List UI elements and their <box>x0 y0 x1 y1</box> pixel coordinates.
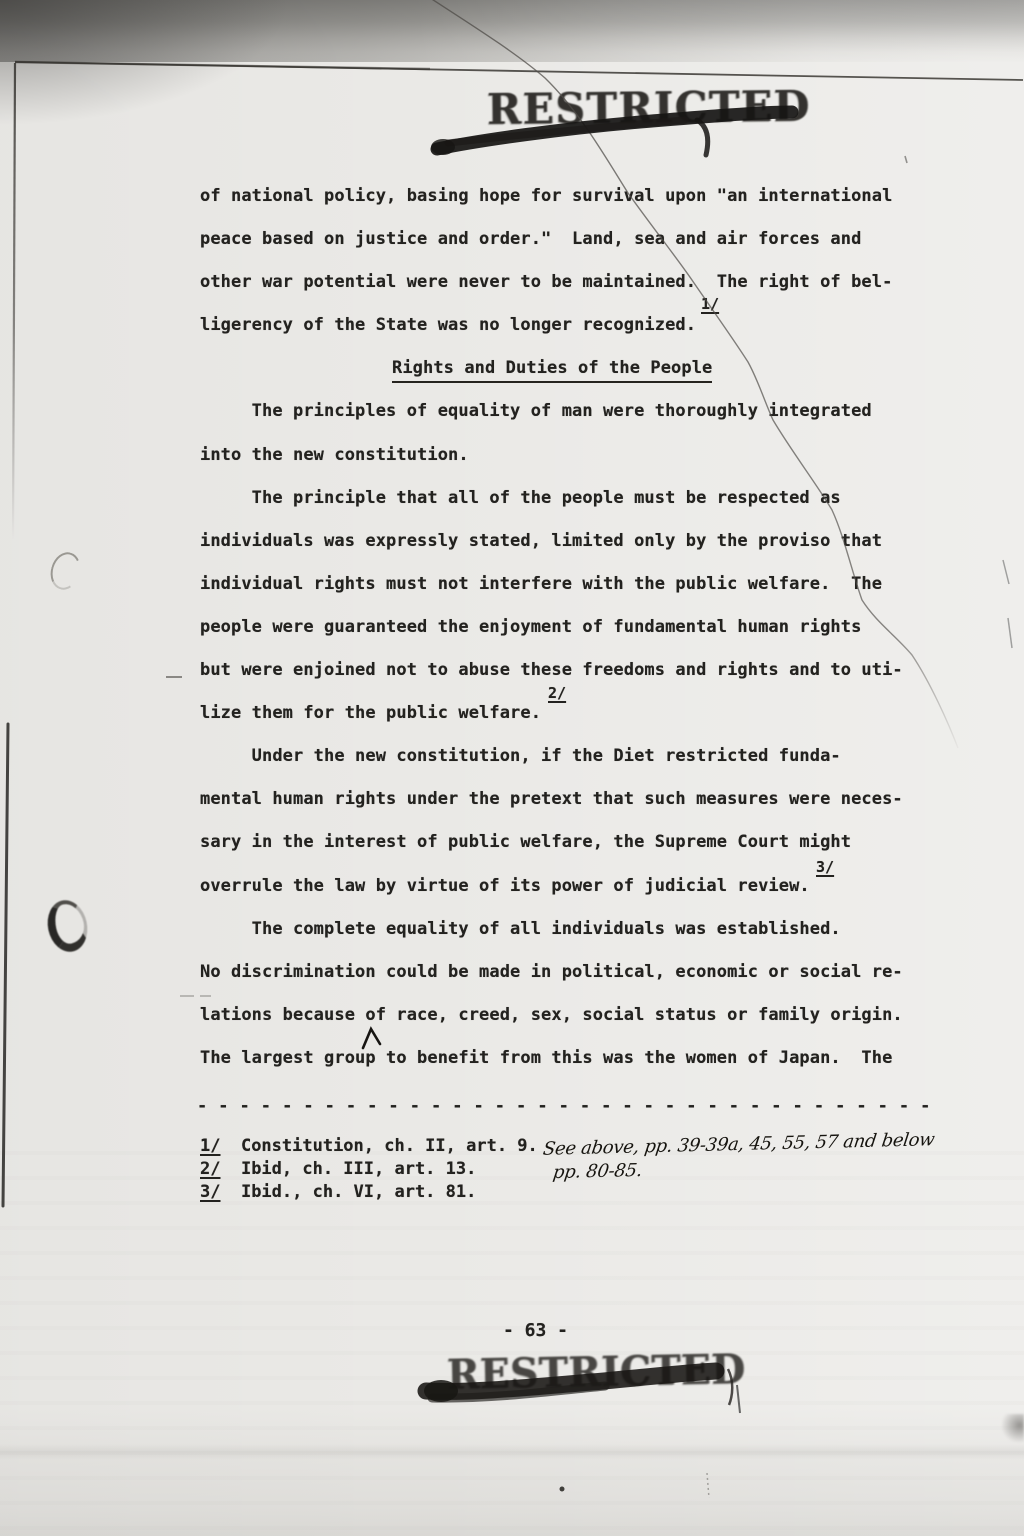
footnote-marker: 2/ <box>200 1159 220 1179</box>
text-line: people were guaranteed the enjoyment of … <box>200 606 903 649</box>
text-line: individuals was expressly stated, limite… <box>200 520 903 563</box>
section-heading-row: Rights and Duties of the People <box>200 347 903 390</box>
text-line: of national policy, basing hope for surv… <box>200 175 903 218</box>
edge-blot-mark <box>1002 1414 1024 1442</box>
restricted-stamp-bottom: RESTRICTED <box>447 1345 746 1399</box>
top-border-line <box>15 62 1023 80</box>
footnote-ref-2: 2/ <box>548 684 566 702</box>
text-line: The principles of equality of man were t… <box>200 390 903 433</box>
right-edge-scratch-1 <box>1003 560 1009 584</box>
footnote-marker: 1/ <box>200 1136 220 1156</box>
bottom-dotted-scratch <box>707 1473 709 1498</box>
footnote-ref-1: 1/ <box>701 295 719 313</box>
text-line: The largest group to benefit from this w… <box>200 1037 903 1080</box>
text-line: Under the new constitution, if the Diet … <box>200 735 903 778</box>
footnote-text: Ibid, ch. III, art. 13. <box>220 1159 476 1179</box>
page-number: - 63 - <box>503 1320 568 1341</box>
stamp-ink-blob-top <box>431 139 455 155</box>
footnote-3: 3/ Ibid., ch. VI, art. 81. <box>200 1181 538 1204</box>
text-line: ligerency of the State was no longer rec… <box>200 304 903 347</box>
text-line: The complete equality of all individuals… <box>200 908 903 951</box>
bottom-scan-shade <box>0 1408 1024 1536</box>
text-line: individual rights must not interfere wit… <box>200 563 903 606</box>
scan-streak-band <box>0 1444 1024 1460</box>
left-border-line <box>13 63 15 540</box>
text-line: other war potential were never to be mai… <box>200 261 903 304</box>
scan-corner-shadow <box>0 0 300 130</box>
apostrophe-mark <box>905 156 907 163</box>
text-line: overrule the law by virtue of its power … <box>200 865 903 908</box>
text-line: lations because of race, creed, sex, soc… <box>200 994 903 1037</box>
footnotes: 1/ Constitution, ch. II, art. 9. 2/ Ibid… <box>200 1135 538 1204</box>
footnote-text: Ibid., ch. VI, art. 81. <box>220 1182 476 1202</box>
footnote-2: 2/ Ibid, ch. III, art. 13. <box>200 1158 538 1181</box>
text-line: No discrimination could be made in polit… <box>200 951 903 994</box>
footnote-marker: 3/ <box>200 1182 220 1202</box>
footnote-separator: - - - - - - - - - - - - - - - - - - - - … <box>197 1096 931 1116</box>
body-text: of national policy, basing hope for surv… <box>200 175 903 1080</box>
text-line: peace based on justice and order." Land,… <box>200 218 903 261</box>
text-line: mental human rights under the pretext th… <box>200 778 903 821</box>
text-line: sary in the interest of public welfare, … <box>200 821 903 864</box>
section-heading: Rights and Duties of the People <box>392 357 712 383</box>
scanner-edge-shadow <box>0 0 1024 62</box>
restricted-stamp-top: RESTRICTED <box>487 82 811 135</box>
footnote-1: 1/ Constitution, ch. II, art. 9. <box>200 1135 538 1158</box>
footnote-text: Constitution, ch. II, art. 9. <box>220 1136 537 1156</box>
top-border-line-heavy <box>15 62 430 69</box>
right-edge-scratch-2 <box>1008 618 1012 648</box>
ink-ring-mark <box>46 549 84 594</box>
bottom-ink-dot <box>560 1487 565 1492</box>
handwritten-annotation-line2: pp. 80-85. <box>552 1160 644 1183</box>
handwritten-annotation-line1: See above, pp. 39-39a, 45, 55, 57 and be… <box>542 1129 936 1160</box>
left-edge-line <box>3 724 8 1206</box>
text-line: into the new constitution. <box>200 434 903 477</box>
document-page: RESTRICTED RESTRICTED of national policy… <box>0 0 1024 1536</box>
text-line: The principle that all of the people mus… <box>200 477 903 520</box>
footnote-ref-3: 3/ <box>816 858 834 876</box>
hole-punch-mark <box>43 897 92 956</box>
